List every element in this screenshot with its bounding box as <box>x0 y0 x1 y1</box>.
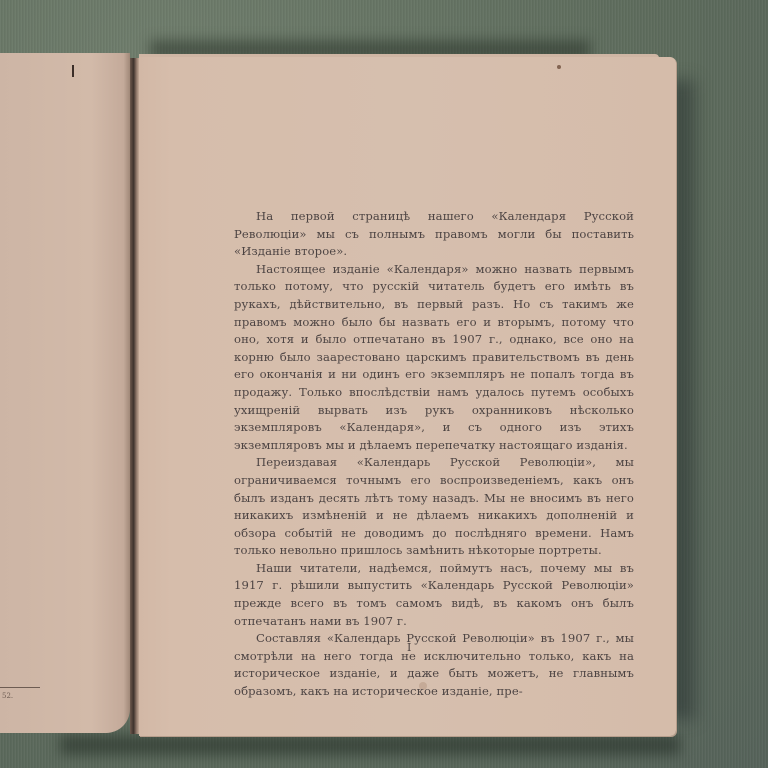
paragraph: Составляя «Календарь Русской Революціи» … <box>234 630 634 700</box>
body-text: На первой страницѣ нашего «Календаря Рус… <box>234 208 634 701</box>
paragraph: Наши читатели, надѣемся, поймутъ насъ, п… <box>234 560 634 630</box>
left-page: 52. <box>0 53 130 733</box>
ink-mark <box>72 65 74 77</box>
book-shadow-bottom <box>60 735 680 755</box>
paragraph: Настоящее изданіе «Календаря» можно назв… <box>234 261 634 455</box>
paragraph: На первой страницѣ нашего «Календаря Рус… <box>234 208 634 261</box>
footnote-rule <box>0 687 40 688</box>
paragraph: Переиздавая «Календарь Русской Революціи… <box>234 454 634 560</box>
footnote-marker: 52. <box>2 692 13 700</box>
right-page: На первой страницѣ нашего «Календаря Рус… <box>139 57 676 736</box>
book-gutter <box>130 58 139 734</box>
paper-spot <box>557 65 561 69</box>
page-number: I <box>407 641 411 654</box>
